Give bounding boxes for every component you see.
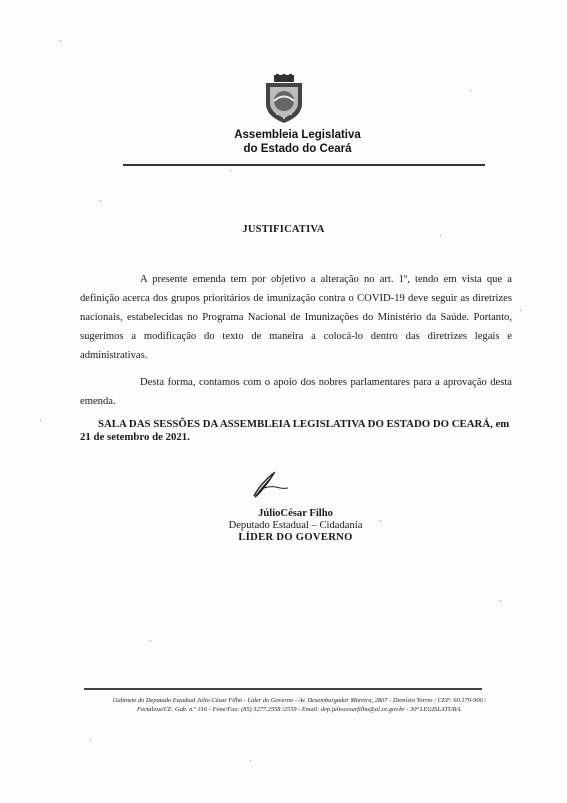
paragraph-2-text: Desta forma, contamos com o apoio dos no… bbox=[80, 377, 512, 407]
ceara-coat-of-arms-icon bbox=[263, 74, 305, 124]
session-statement-line1: SALA DAS SESSÕES DA ASSEMBLEIA LEGISLATI… bbox=[80, 418, 512, 431]
footer-line2: Fortaleza/CE. Gab. n.º 316 - Fone/Fax: (… bbox=[16, 705, 567, 714]
handwritten-signature-icon bbox=[248, 470, 308, 500]
signer-title: LÍDER DO GOVERNO bbox=[12, 531, 567, 544]
header-divider bbox=[123, 164, 485, 166]
session-statement: SALA DAS SESSÕES DA ASSEMBLEIA LEGISLATI… bbox=[80, 418, 512, 444]
org-name-line1: Assembleia Legislativa bbox=[14, 129, 567, 141]
org-name-line2: do Estado do Ceará bbox=[14, 143, 567, 155]
footer-divider bbox=[84, 688, 482, 690]
footer-line1: Gabinete do Deputado Estadual Júlio Césa… bbox=[16, 696, 567, 705]
session-date: 21 de setembro de 2021. bbox=[80, 431, 190, 443]
justification-paragraph-1: A presente emenda tem por objetivo a alt… bbox=[80, 270, 512, 365]
paragraph-1-text: A presente emenda tem por objetivo a alt… bbox=[80, 274, 512, 361]
document-page: Assembleia Legislativa do Estado do Cear… bbox=[0, 0, 567, 803]
document-title: JUSTIFICATIVA bbox=[0, 224, 567, 235]
justification-paragraph-2: Desta forma, contamos com o apoio dos no… bbox=[80, 373, 512, 411]
